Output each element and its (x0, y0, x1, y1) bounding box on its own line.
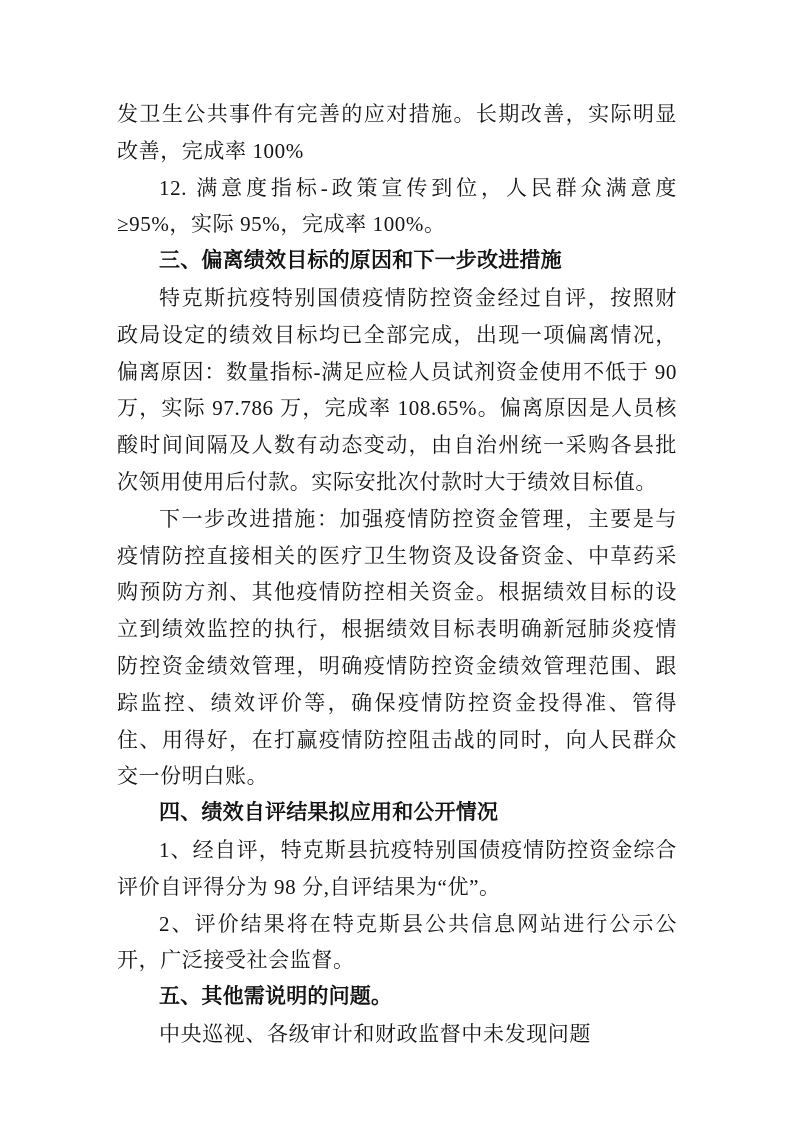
paragraph: 12. 满意度指标-政策宣传到位，人民群众满意度≥95%，实际 95%，完成率 … (117, 170, 677, 244)
paragraph: 发卫生公共事件有完善的应对措施。长期改善，实际明显改善，完成率 100% (117, 96, 677, 170)
paragraph: 中央巡视、各级审计和财政监督中未发现问题 (117, 1016, 677, 1053)
document-body: 发卫生公共事件有完善的应对措施。长期改善，实际明显改善，完成率 100%12. … (117, 96, 677, 1053)
paragraph: 2、评价结果将在特克斯县公共信息网站进行公示公开，广泛接受社会监督。 (117, 906, 677, 980)
paragraph: 特克斯抗疫特别国债疫情防控资金经过自评，按照财政局设定的绩效目标均已全部完成，出… (117, 280, 677, 501)
document-page: 发卫生公共事件有完善的应对措施。长期改善，实际明显改善，完成率 100%12. … (0, 0, 793, 1122)
paragraph: 1、经自评，特克斯县抗疫特别国债疫情防控资金综合评价自评得分为 98 分,自评结… (117, 832, 677, 906)
section-heading: 三、偏离绩效目标的原因和下一步改进措施 (117, 243, 677, 280)
section-heading: 四、绩效自评结果拟应用和公开情况 (117, 795, 677, 832)
paragraph: 下一步改进措施：加强疫情防控资金管理，主要是与疫情防控直接相关的医疗卫生物资及设… (117, 501, 677, 795)
section-heading: 五、其他需说明的问题。 (117, 979, 677, 1016)
